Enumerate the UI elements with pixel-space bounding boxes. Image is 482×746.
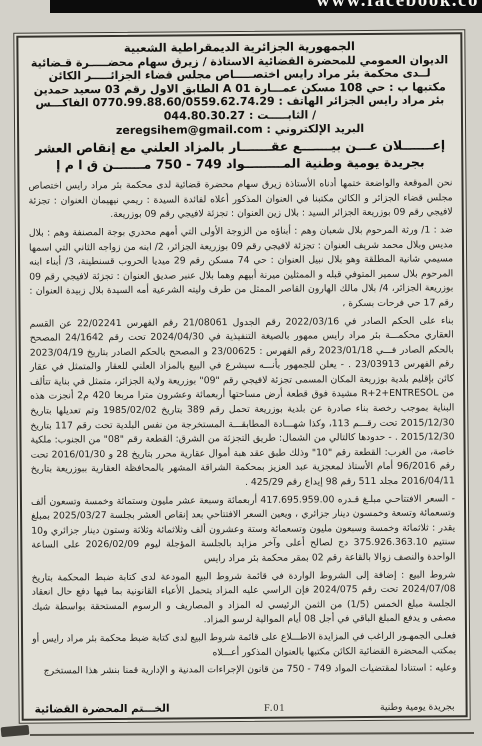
notice-inner-frame: الجمهورية الجزائرية الديمقراطية الشعبيةا… — [16, 32, 467, 720]
body-paragraph: بناء على الحكم الصادر في 2022/03/16 رقم … — [30, 314, 455, 492]
body-paragraph: - السعر الافتتاحـي مبلـغ قـدره 417.695.9… — [31, 492, 456, 568]
facebook-banner: www.facebook.co — [50, 0, 482, 13]
header-line: البريد الإلكتروني : zeregsihem@gmail.com — [28, 121, 452, 138]
page-rule-divider — [30, 732, 474, 736]
body-paragraph: ضد : 1/ ورثة المرحوم بلال شعبان وهم : أب… — [29, 223, 454, 314]
facebook-url-text: www.facebook.co — [316, 0, 479, 12]
notice-footer: بجريدة يومية وطنية F.01 الخـــتم المحضرة… — [33, 700, 457, 715]
body-paragraph: فعلـى الجمهـور الراغب في المزايدة الاطــ… — [32, 629, 456, 662]
notice-frame: الجمهورية الجزائرية الديمقراطية الشعبيةا… — [13, 29, 470, 724]
notice-title-line2: بجريدة يومية وطنية المـــــــــواد 749 -… — [28, 154, 452, 174]
notice-header: الجمهورية الجزائرية الديمقراطية الشعبيةا… — [27, 39, 452, 137]
footer-bailiff-stamp-label: الخـــتم المحضرة القضائية — [35, 703, 170, 716]
body-paragraph: وعليه : استنادا لمقتضيات المواد 749 - 75… — [32, 661, 456, 679]
body-paragraph: شروط البيع : إضافة إلى الشروط الواردة في… — [32, 568, 456, 630]
footer-publication-text: بجريدة يومية وطنية — [380, 701, 455, 713]
footer-reference-code: F.01 — [264, 703, 285, 714]
notice-body: نحن الموقعة والواضعة ختمها أدناه الأستاذ… — [28, 176, 456, 701]
notice-title: إعـــــــلان عـــن بيـــــــع عقـــــــا… — [28, 137, 452, 173]
body-paragraph: نحن الموقعة والواضعة ختمها أدناه الأستاذ… — [28, 176, 452, 223]
print-artifact — [1, 725, 30, 737]
